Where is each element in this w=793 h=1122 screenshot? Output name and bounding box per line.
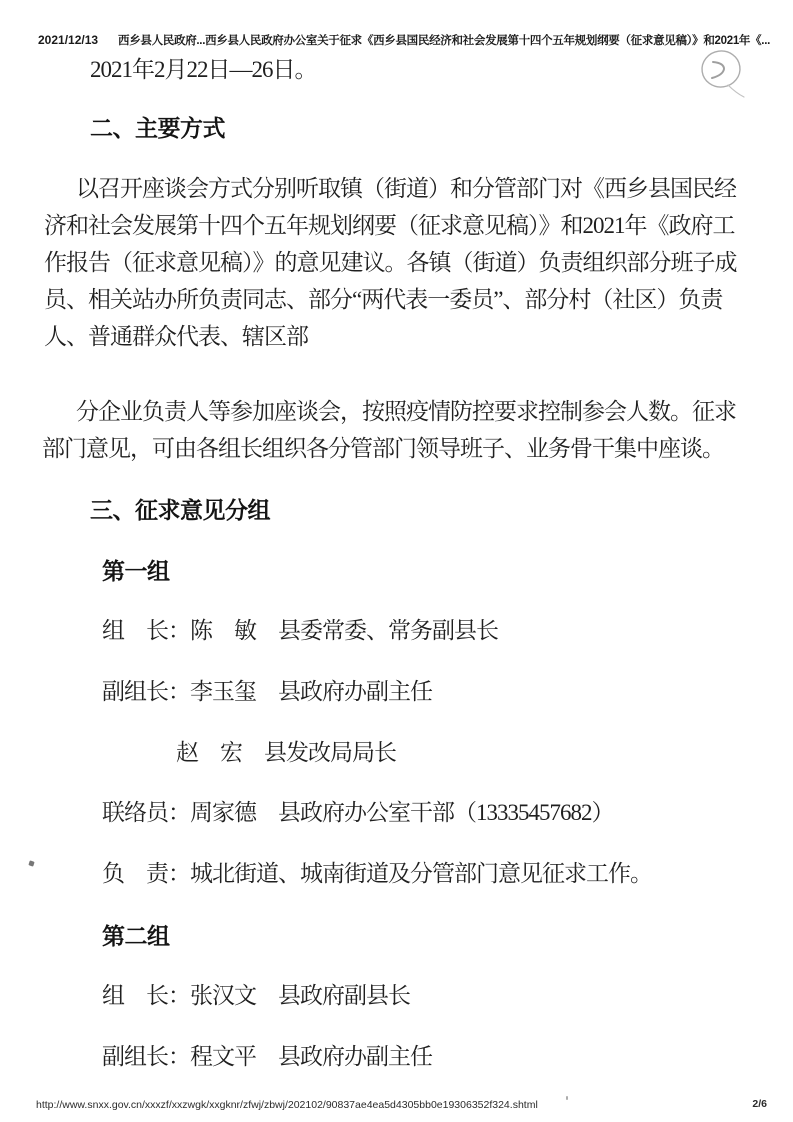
para2-line2: 部门意见，可由各组长组织各分管部门领导班子、业务骨干集中座谈。 xyxy=(42,434,724,464)
para1-line1: 以召开座谈会方式分别听取镇（街道）和分管部门对《西乡县国民经 xyxy=(76,174,736,204)
group1-deputy-line1: 副组长：李玉玺 县政府办副主任 xyxy=(102,677,432,707)
group1-deputy-line2: 赵 宏 县发改局局长 xyxy=(176,738,396,768)
print-header-date: 2021/12/13 xyxy=(38,33,98,47)
group2-deputy-line: 副组长：程文平 县政府办副主任 xyxy=(102,1042,432,1072)
scan-artifact-speck xyxy=(28,860,34,866)
para2-line1: 分企业负责人等参加座谈会，按照疫情防控要求控制参会人数。征求 xyxy=(76,397,736,427)
group1-duty-line: 负 责：城北街道、城南街道及分管部门意见征求工作。 xyxy=(102,859,652,889)
para1-line5: 人、普通群众代表、辖区部 xyxy=(44,322,308,352)
para1-line4: 员、相关站办所负责同志、部分“两代表一委员”、部分村（社区）负责 xyxy=(44,285,722,315)
para1-line2: 济和社会发展第十四个五年规划纲要（征求意见稿）》和2021年《政府工 xyxy=(44,211,735,241)
group1-leader-line: 组 长：陈 敏 县委常委、常务副县长 xyxy=(102,616,498,646)
scanned-document-page: 2021/12/13 西乡县人民政府...西乡县人民政府办公室关于征求《西乡县国… xyxy=(0,0,793,1122)
print-footer-url: http://www.snxx.gov.cn/xxxzf/xxzwgk/xxgk… xyxy=(36,1099,538,1111)
print-header-title: 西乡县人民政府...西乡县人民政府办公室关于征求《西乡县国民经济和社会发展第十四… xyxy=(118,32,778,48)
group2-leader-line: 组 长：张汉文 县政府副县长 xyxy=(102,981,410,1011)
para1-line3: 作报告（征求意见稿）》的意见建议。各镇（街道）负责组织部分班子成 xyxy=(44,248,737,278)
group1-title: 第一组 xyxy=(102,556,170,586)
date-range-line: 2021年2月22日—26日。 xyxy=(90,55,317,85)
group2-title: 第二组 xyxy=(102,921,170,951)
scan-artifact-speck xyxy=(566,1096,568,1100)
handwritten-circle-2-mark xyxy=(698,47,748,105)
group1-liaison-line: 联络员：周家德 县政府办公室干部（13335457682） xyxy=(102,798,614,828)
heading-grouping: 三、征求意见分组 xyxy=(90,495,270,525)
heading-main-method: 二、主要方式 xyxy=(90,113,225,143)
print-footer-page-indicator: 2/6 xyxy=(752,1098,767,1110)
